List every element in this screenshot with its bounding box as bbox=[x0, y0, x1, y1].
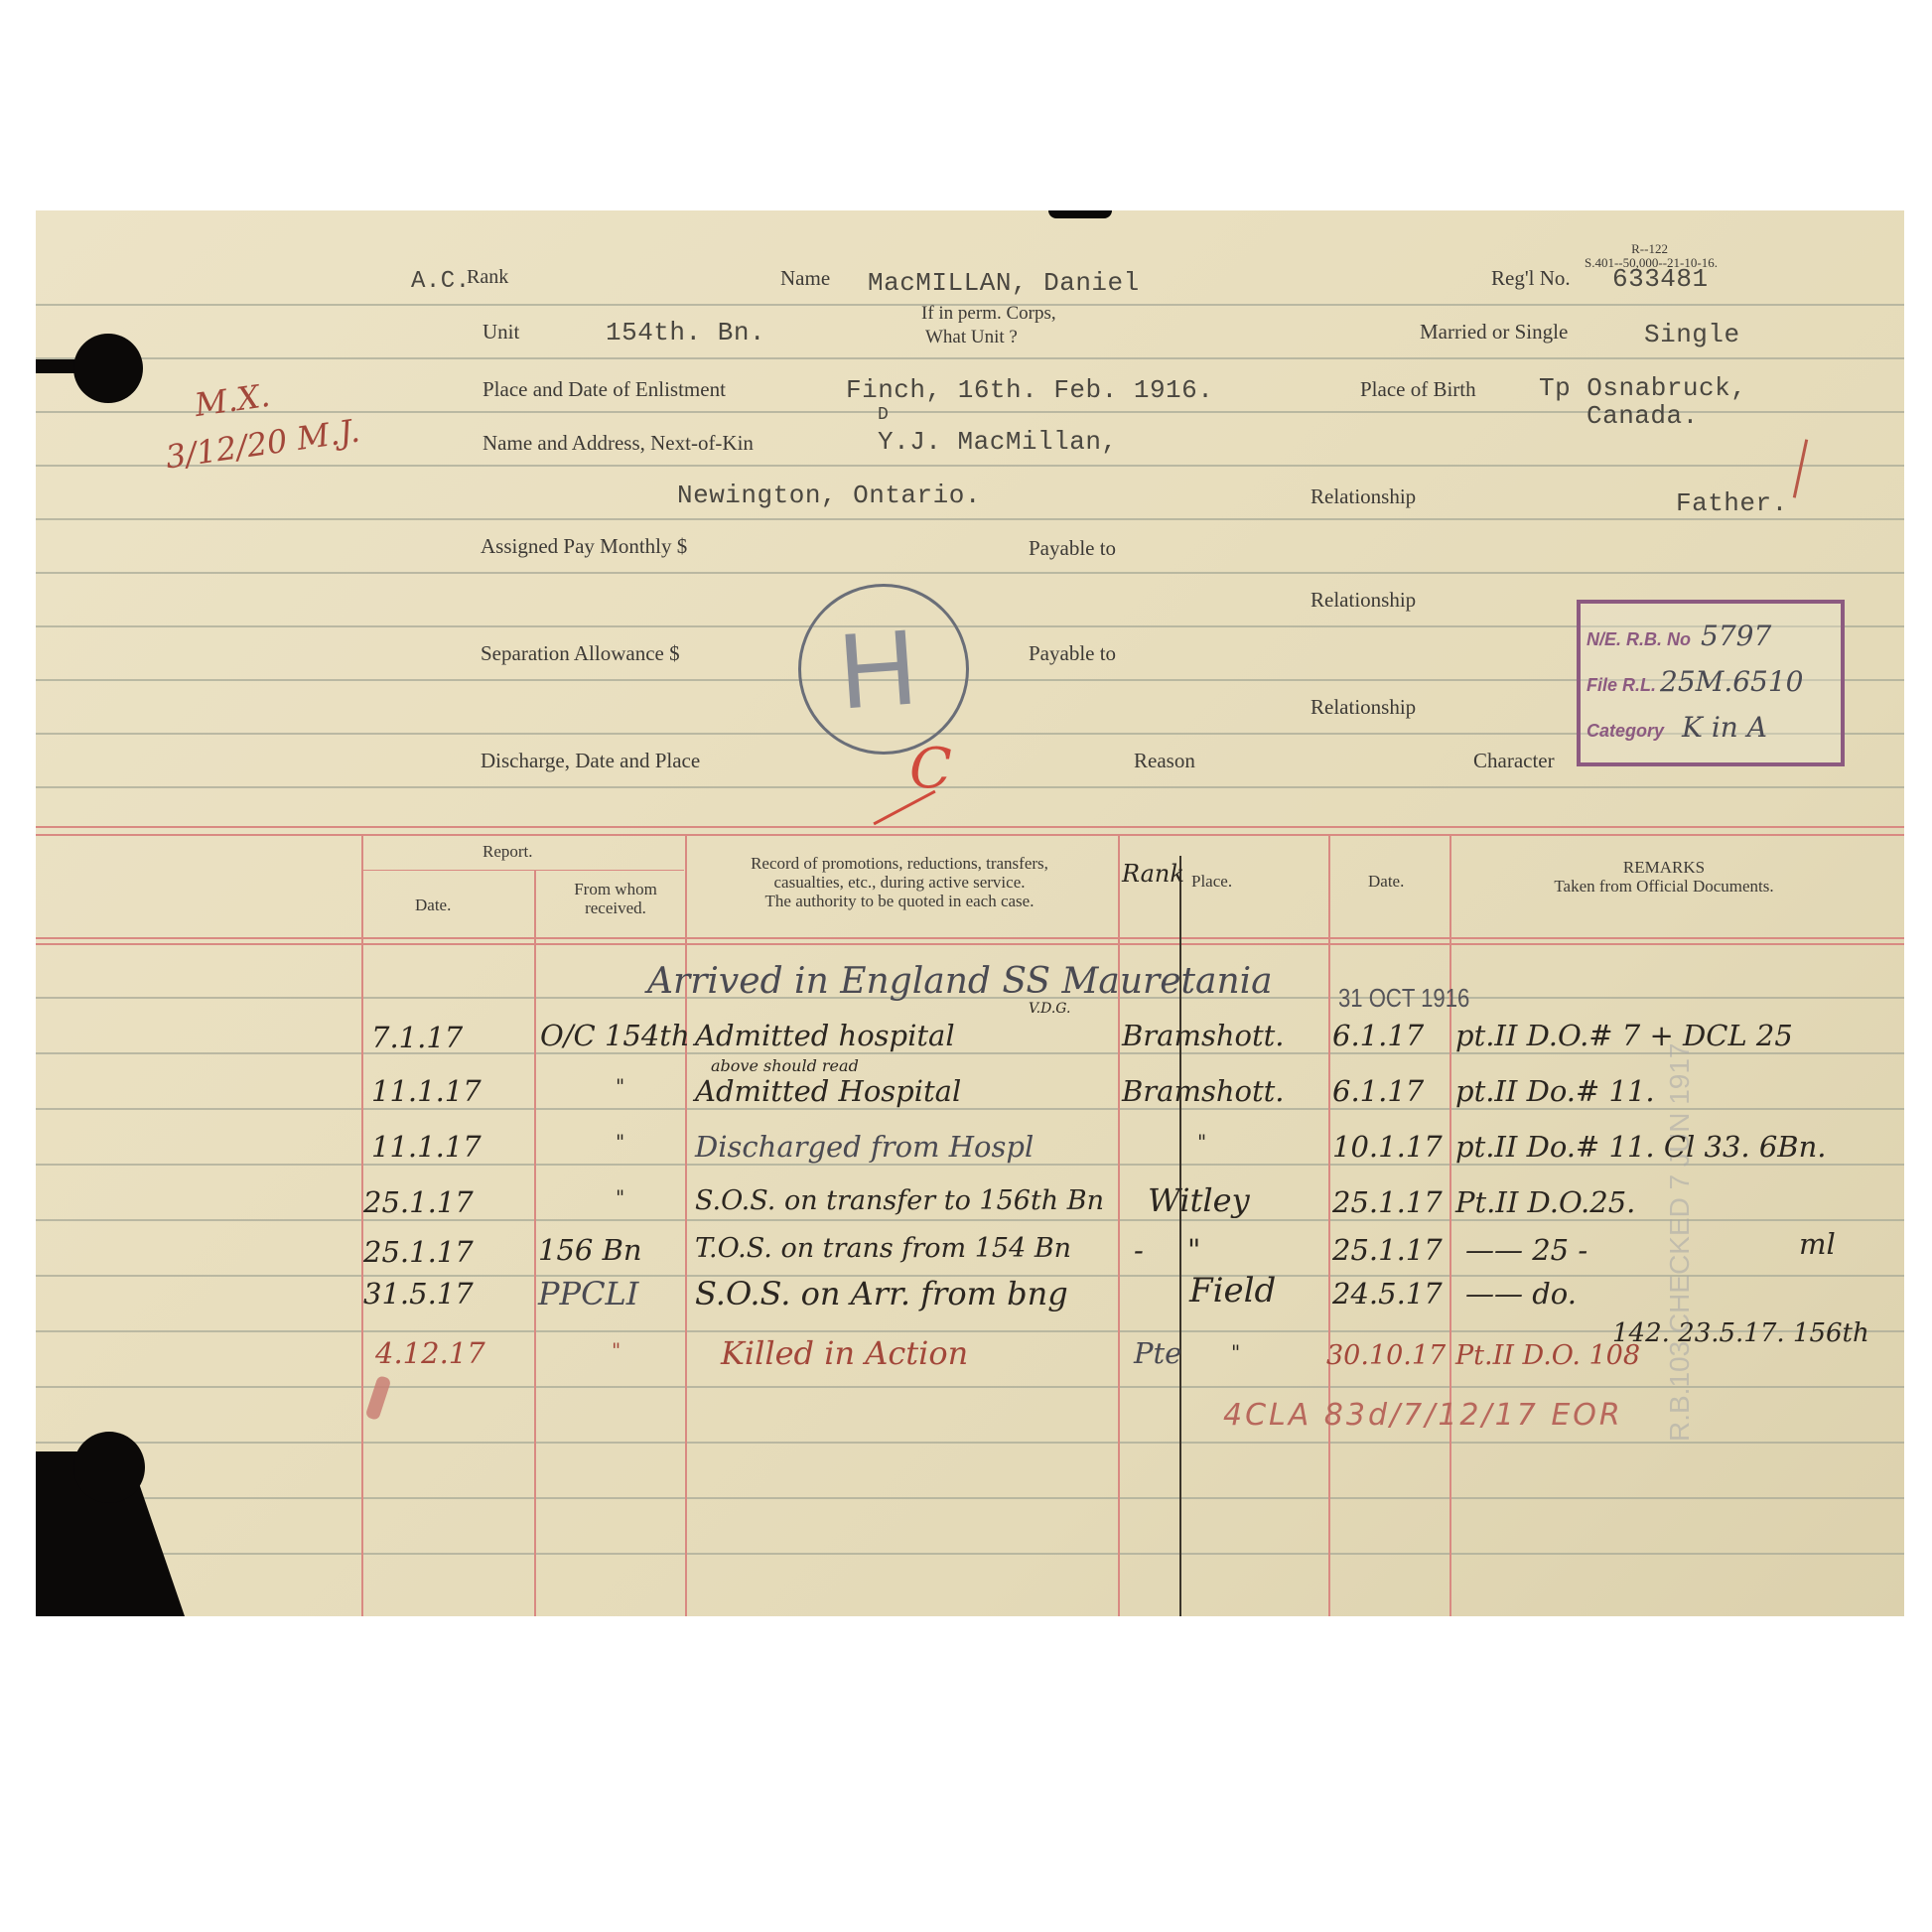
red-ink-smudge bbox=[365, 1375, 392, 1421]
assigned-pay-label: Assigned Pay Monthly $ bbox=[481, 534, 687, 559]
enlistment-value: Finch, 16th. Feb. 1916. bbox=[846, 375, 1213, 405]
file-label: File R.L. bbox=[1587, 675, 1656, 695]
column-divider bbox=[1118, 834, 1120, 1616]
row-remarks: —— 25 - bbox=[1465, 1233, 1587, 1267]
header-remarks-line1: REMARKS bbox=[1465, 858, 1863, 877]
ruled-line bbox=[36, 1219, 1904, 1221]
regl-label: Reg'l No. bbox=[1491, 266, 1571, 291]
ruled-line bbox=[36, 1553, 1904, 1555]
perm-corps-label: If in perm. Corps, What Unit ? bbox=[921, 302, 1056, 349]
ruled-line bbox=[36, 786, 1904, 788]
row-record-sup: above should read bbox=[711, 1056, 859, 1075]
row-remarks: —— do. bbox=[1465, 1277, 1577, 1311]
row-date2: 6.1.17 bbox=[1332, 1074, 1424, 1108]
service-record-card: R--122 S.401--50,000--21-10-16. A.C. Ran… bbox=[36, 210, 1904, 1616]
arrival-date-stamp: 31 OCT 1916 bbox=[1338, 983, 1469, 1014]
report-subheader-rule bbox=[361, 870, 684, 871]
birth-value-line2: Canada. bbox=[1587, 401, 1699, 431]
relationship-value: Father. bbox=[1676, 488, 1788, 518]
ruled-line bbox=[36, 1108, 1904, 1110]
perm-corps-label-line1: If in perm. Corps, bbox=[921, 302, 1056, 326]
row-date2: 24.5.17 bbox=[1332, 1277, 1443, 1311]
row-record-sup: V.D.G. bbox=[1029, 1001, 1070, 1017]
row-remarks: Pt.II D.O. 108 bbox=[1455, 1340, 1640, 1371]
row-from: " bbox=[612, 1338, 621, 1362]
ruled-line bbox=[36, 1164, 1904, 1166]
arrival-note: Arrived in England SS Mauretania bbox=[647, 961, 1273, 1002]
header-from-whom: From whom received. bbox=[552, 880, 679, 917]
row-record: Killed in Action bbox=[721, 1334, 968, 1372]
row-date: 11.1.17 bbox=[371, 1074, 482, 1108]
header-date2: Date. bbox=[1368, 872, 1404, 892]
category-value: K in A bbox=[1682, 711, 1767, 744]
red-tick-mark bbox=[1793, 439, 1808, 497]
header-from-whom-line1: From whom bbox=[552, 880, 679, 898]
row-record: Discharged from Hospl bbox=[695, 1130, 1034, 1164]
punch-hole-top bbox=[1048, 210, 1112, 218]
enlistment-label: Place and Date of Enlistment bbox=[483, 377, 726, 402]
row-from: " bbox=[616, 1130, 624, 1154]
nok-label: Name and Address, Next-of-Kin bbox=[483, 431, 754, 456]
row-date2: 6.1.17 bbox=[1332, 1019, 1424, 1052]
ruled-line bbox=[36, 1497, 1904, 1499]
ruled-line bbox=[36, 518, 1904, 520]
birth-label: Place of Birth bbox=[1360, 377, 1476, 402]
ruled-line bbox=[36, 1442, 1904, 1444]
row-remarks: pt.II Do.# 11. Cl 33. 6Bn. bbox=[1455, 1130, 1827, 1164]
row-date2: 25.1.17 bbox=[1332, 1233, 1443, 1267]
discharge-label: Discharge, Date and Place bbox=[481, 749, 700, 773]
row-date: 4.12.17 bbox=[375, 1336, 485, 1370]
row-date: 11.1.17 bbox=[371, 1130, 482, 1164]
header-record: Record of promotions, reductions, transf… bbox=[691, 854, 1108, 910]
relationship-label: Relationship bbox=[1311, 484, 1416, 509]
married-label: Married or Single bbox=[1420, 320, 1568, 345]
row-place: " bbox=[1187, 1233, 1200, 1267]
header-remarks-line2: Taken from Official Documents. bbox=[1465, 877, 1863, 896]
nok-address: Newington, Ontario. bbox=[677, 481, 981, 510]
separation-allowance-label: Separation Allowance $ bbox=[481, 641, 680, 666]
character-label: Character bbox=[1473, 749, 1555, 773]
table-header-rule bbox=[36, 937, 1904, 939]
row-date2: 25.1.17 bbox=[1332, 1185, 1443, 1219]
ruled-line bbox=[36, 1052, 1904, 1054]
header-place: Place. bbox=[1191, 872, 1232, 892]
nok-correction: D bbox=[878, 405, 889, 425]
row-from: 156 Bn bbox=[538, 1233, 642, 1267]
row-remarks: Pt.II D.O.25. bbox=[1455, 1185, 1635, 1219]
footer-authority-note: 4CLA 83d/7/12/17 EOR bbox=[1223, 1398, 1623, 1433]
unit-label: Unit bbox=[483, 320, 519, 345]
column-divider bbox=[1328, 834, 1330, 1616]
rank-label: Rank bbox=[467, 266, 508, 289]
perm-corps-label-line2: What Unit ? bbox=[921, 326, 1056, 349]
row-record: S.O.S. on Arr. from bng bbox=[695, 1275, 1068, 1312]
relationship-label-3: Relationship bbox=[1311, 695, 1416, 720]
column-divider bbox=[685, 834, 687, 1616]
nerb-value: 5797 bbox=[1701, 620, 1771, 652]
table-top-rule bbox=[36, 834, 1904, 836]
row-place: Bramshott. bbox=[1122, 1074, 1285, 1108]
header-report: Report. bbox=[483, 842, 533, 862]
row-place: " bbox=[1231, 1340, 1240, 1364]
married-value: Single bbox=[1644, 320, 1740, 349]
header-record-line1: Record of promotions, reductions, transf… bbox=[691, 854, 1108, 873]
row-from: " bbox=[616, 1074, 624, 1098]
nerb-label: N/E. R.B. No bbox=[1587, 629, 1691, 649]
punch-hole bbox=[73, 334, 143, 403]
row-date2: 10.1.17 bbox=[1332, 1130, 1443, 1164]
row-place: Bramshott. bbox=[1122, 1019, 1285, 1052]
row-from: " bbox=[616, 1185, 624, 1209]
table-top-rule bbox=[36, 826, 1904, 828]
header-rank: Rank bbox=[1122, 860, 1184, 888]
row-remarks-initials: ml bbox=[1799, 1227, 1836, 1261]
ruled-line bbox=[36, 572, 1904, 574]
ruled-line bbox=[36, 1386, 1904, 1388]
reason-label: Reason bbox=[1134, 749, 1195, 773]
row-date2: 30.10.17 bbox=[1326, 1340, 1446, 1371]
row-remarks: pt.II Do.# 11. bbox=[1455, 1074, 1655, 1108]
name-label: Name bbox=[780, 266, 830, 291]
stamp-letter: H bbox=[835, 604, 921, 733]
row-date: 25.1.17 bbox=[363, 1185, 474, 1219]
margin-note-line1: M.X. bbox=[193, 376, 272, 424]
row-place: Witley bbox=[1148, 1181, 1250, 1219]
column-divider bbox=[1449, 834, 1451, 1616]
punch-hole bbox=[73, 1432, 145, 1503]
faded-checked-stamp: R.B.103 CHECKED 7 JUN 1917 bbox=[1664, 1042, 1696, 1442]
ruled-line bbox=[36, 357, 1904, 359]
payable-to-label: Payable to bbox=[1029, 536, 1116, 561]
name-value: MacMILLAN, Daniel bbox=[868, 268, 1140, 298]
relationship-label-2: Relationship bbox=[1311, 588, 1416, 613]
row-rank: - bbox=[1134, 1233, 1144, 1267]
table-header-rule bbox=[36, 943, 1904, 945]
record-box-stamp: N/E. R.B. No 5797 File R.L. 25M.6510 Cat… bbox=[1577, 600, 1845, 766]
rank-value: A.C. bbox=[411, 268, 471, 295]
nok-name: Y.J. MacMillan, bbox=[878, 427, 1118, 457]
row-remarks: pt.II D.O.# 7 + DCL 25 bbox=[1455, 1019, 1793, 1052]
row-record: T.O.S. on trans from 154 Bn bbox=[695, 1233, 1071, 1264]
row-from: O/C 154th bbox=[540, 1019, 690, 1052]
regl-value: 633481 bbox=[1612, 264, 1709, 294]
header-record-line3: The authority to be quoted in each case. bbox=[691, 892, 1108, 910]
unit-value: 154th. Bn. bbox=[606, 318, 765, 347]
row-date: 31.5.17 bbox=[363, 1277, 474, 1311]
circle-h-stamp: H bbox=[798, 584, 969, 755]
row-record: S.O.S. on transfer to 156th Bn bbox=[695, 1185, 1104, 1216]
header-date: Date. bbox=[415, 896, 451, 915]
row-from: PPCLI bbox=[538, 1275, 638, 1312]
header-from-whom-line2: received. bbox=[552, 898, 679, 917]
category-label: Category bbox=[1587, 721, 1664, 741]
file-value: 25M.6510 bbox=[1660, 665, 1803, 698]
row-rank: Pte bbox=[1134, 1336, 1181, 1370]
birth-value-line1: Tp Osnabruck, bbox=[1539, 373, 1746, 403]
row-record: Admitted hospital bbox=[695, 1019, 955, 1052]
row-place: " bbox=[1197, 1130, 1206, 1154]
red-check-stroke bbox=[873, 790, 935, 826]
row-place: Field bbox=[1189, 1271, 1276, 1311]
row-date: 7.1.17 bbox=[371, 1021, 463, 1054]
header-remarks: REMARKS Taken from Official Documents. bbox=[1465, 858, 1863, 896]
header-record-line2: casualties, etc., during active service. bbox=[691, 873, 1108, 892]
payable-to-label-2: Payable to bbox=[1029, 641, 1116, 666]
row-record: Admitted Hospital bbox=[695, 1074, 961, 1108]
ruled-line bbox=[36, 465, 1904, 467]
row-date: 25.1.17 bbox=[363, 1235, 474, 1269]
column-divider bbox=[534, 870, 536, 1616]
column-divider bbox=[361, 834, 363, 1616]
form-number: R--122 bbox=[1585, 242, 1718, 256]
row-remarks-extra: 142. 23.5.17. 156th bbox=[1612, 1318, 1869, 1348]
